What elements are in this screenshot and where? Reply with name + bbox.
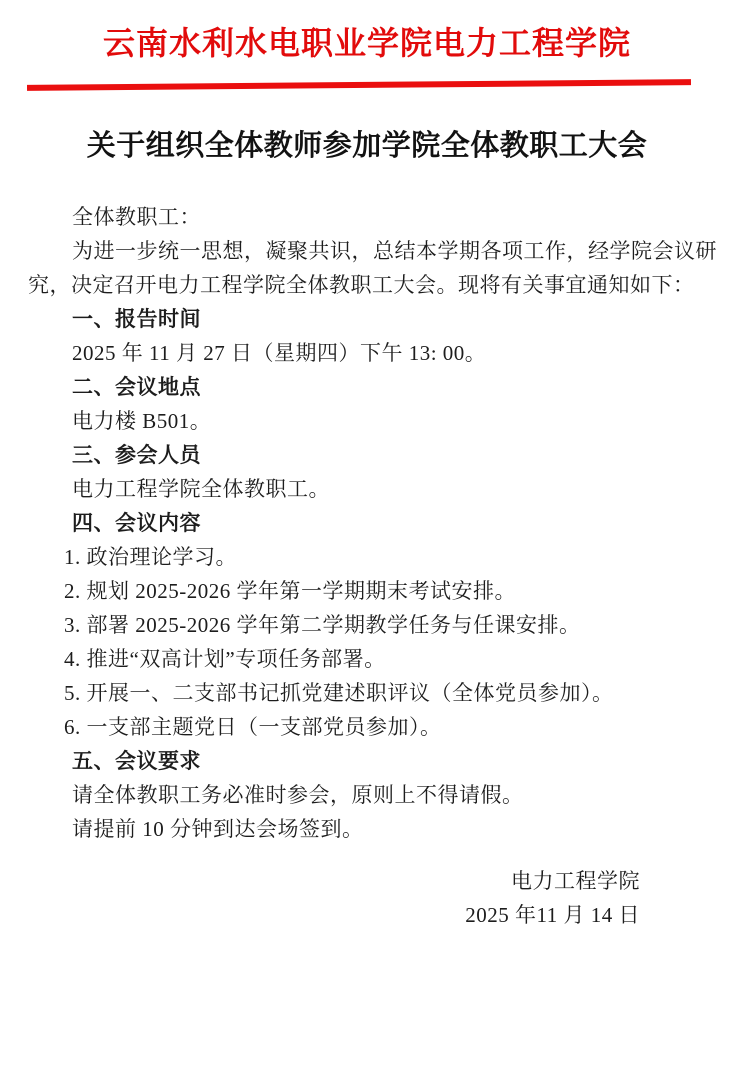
notice-title: 关于组织全体教师参加学院全体教职工大会	[0, 123, 734, 164]
requirement-line-2: 请提前 10 分钟到达会场签到。	[28, 812, 706, 846]
agenda-item-4: 4. 推进“双高计划”专项任务部署。	[28, 642, 706, 676]
red-divider-line	[27, 79, 691, 91]
section-heading-location: 二、会议地点	[28, 370, 706, 404]
notice-document: 云南水利水电职业学院电力工程学院 关于组织全体教师参加学院全体教职工大会 全体教…	[0, 0, 734, 1080]
signature-block: 电力工程学院 2025 年11 月 14 日	[28, 864, 706, 932]
location-value: 电力楼 B501。	[28, 404, 706, 438]
section-heading-requirements: 五、会议要求	[28, 744, 706, 778]
salutation: 全体教职工：	[28, 200, 706, 234]
report-time-value: 2025 年 11 月 27 日（星期四）下午 13: 00。	[28, 336, 706, 370]
agenda-item-6: 6. 一支部主题党日（一支部党员参加）。	[28, 710, 706, 744]
signature-date: 2025 年11 月 14 日	[28, 898, 640, 932]
intro-line-2: 究，决定召开电力工程学院全体教职工大会。现将有关事宜通知如下：	[28, 268, 706, 302]
section-heading-attendees: 三、参会人员	[28, 438, 706, 472]
signature-org: 电力工程学院	[28, 864, 640, 898]
section-heading-report-time: 一、报告时间	[28, 302, 706, 336]
agenda-item-3: 3. 部署 2025-2026 学年第二学期教学任务与任课安排。	[28, 608, 706, 642]
agenda-item-1: 1. 政治理论学习。	[28, 540, 706, 574]
intro-line-1: 为进一步统一思想，凝聚共识，总结本学期各项工作，经学院会议研	[28, 234, 706, 268]
attendees-value: 电力工程学院全体教职工。	[28, 472, 706, 506]
agenda-item-5: 5. 开展一、二支部书记抓党建述职评议（全体党员参加）。	[28, 676, 706, 710]
agenda-item-2: 2. 规划 2025-2026 学年第一学期期末考试安排。	[28, 574, 706, 608]
college-name: 云南水利水电职业学院电力工程学院	[0, 18, 734, 64]
requirement-line-1: 请全体教职工务必准时参会，原则上不得请假。	[28, 778, 706, 812]
section-heading-agenda: 四、会议内容	[28, 506, 706, 540]
notice-body: 全体教职工： 为进一步统一思想，凝聚共识，总结本学期各项工作，经学院会议研 究，…	[28, 200, 706, 932]
